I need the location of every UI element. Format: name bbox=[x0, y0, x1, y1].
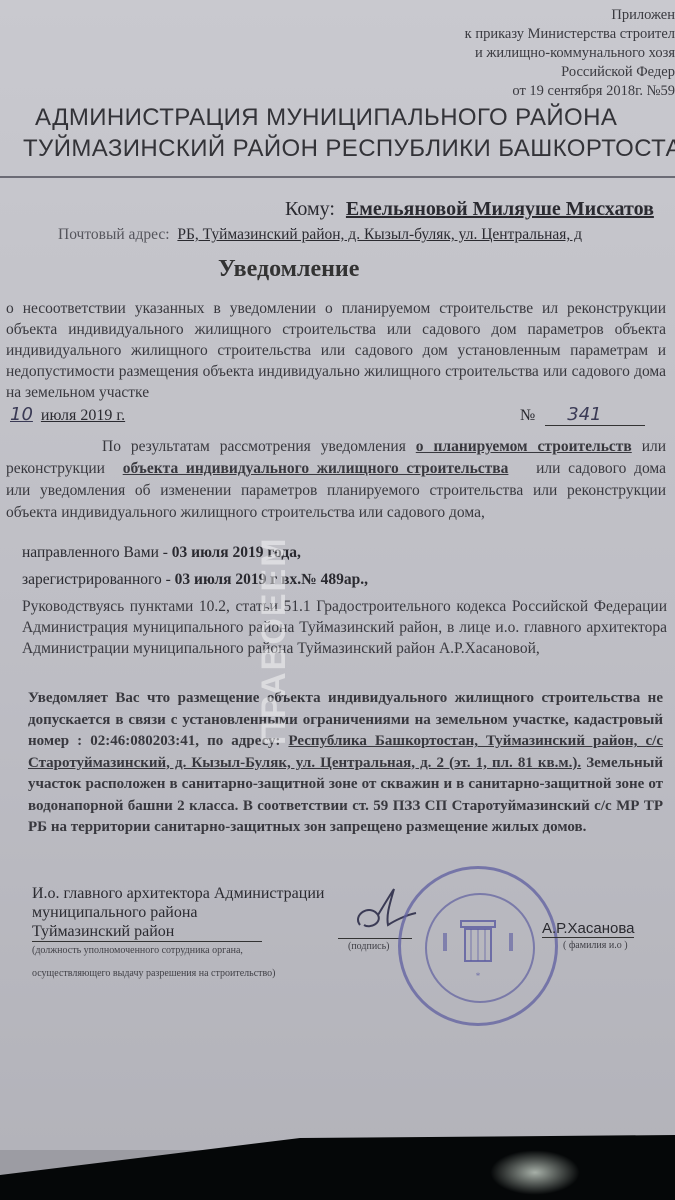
review-text: По результатам рассмотрения уведомления bbox=[102, 438, 406, 455]
number-label: № bbox=[520, 407, 535, 424]
appendix-reference: Приложен к приказу Министерства строител… bbox=[465, 6, 675, 101]
document-title: Уведомление bbox=[218, 256, 359, 283]
issuer-header: АДМИНИСТРАЦИЯ МУНИЦИПАЛЬНОГО РАЙОНА ТУЙМ… bbox=[35, 104, 675, 163]
recipient-name: Емельяновой Миляуше Мисхатов bbox=[346, 198, 654, 220]
position-caption-1: (должность уполномоченного сотрудника ор… bbox=[32, 944, 324, 958]
appendix-line: Приложен bbox=[465, 6, 675, 25]
review-object: объекта индивидуального жилищного строит… bbox=[113, 460, 529, 477]
legal-basis-paragraph: Руководствуясь пунктами 10.2, статьи 51.… bbox=[22, 596, 667, 659]
signatory-name: А.Р.Хасанова bbox=[542, 920, 634, 938]
position-line-2: муниципального района bbox=[32, 903, 324, 922]
registered-label: зарегистрированного - bbox=[22, 571, 171, 588]
review-paragraph: По результатам рассмотрения уведомления … bbox=[6, 436, 666, 524]
document-number: № 341 bbox=[520, 404, 645, 426]
appendix-line: Российской Федер bbox=[465, 63, 675, 82]
signatory-position: И.о. главного архитектора Администрации … bbox=[32, 884, 324, 983]
registered-line: зарегистрированного - 03 июля 2019 г вх.… bbox=[22, 571, 368, 589]
recipient-label: Кому: bbox=[285, 198, 335, 220]
decision-paragraph: Уведомляет Вас что размещение объекта ин… bbox=[28, 688, 663, 839]
issuer-line-2: ТУЙМАЗИНСКИЙ РАЙОН РЕСПУБЛИКИ БАШКОРТОСТ… bbox=[23, 135, 675, 163]
postal-address-line: Почтовый адрес: РБ, Туймазинский район, … bbox=[58, 226, 582, 244]
date-day: 10 bbox=[10, 404, 33, 425]
date-month-year: июля 2019 г. bbox=[41, 407, 125, 424]
appendix-line: и жилищно-коммунального хозя bbox=[465, 44, 675, 63]
appendix-line: от 19 сентября 2018г. №59 bbox=[465, 82, 675, 101]
postal-address-value: РБ, Туймазинский район, д. Кызыл-буляк, … bbox=[177, 226, 582, 243]
document-date: 10 июля 2019 г. bbox=[10, 404, 125, 425]
svg-text:*: * bbox=[476, 971, 481, 981]
sent-label: направленного Вами - bbox=[22, 544, 168, 561]
stamp-column-emblem-icon: * bbox=[401, 869, 555, 1023]
header-divider bbox=[0, 176, 675, 178]
review-type: о планируемом строительств bbox=[416, 438, 632, 455]
issuer-line-1: АДМИНИСТРАЦИЯ МУНИЦИПАЛЬНОГО РАЙОНА bbox=[35, 104, 675, 132]
position-line-3: Туймазинский район bbox=[32, 922, 262, 942]
position-caption-2: осуществляющего выдачу разрешения на стр… bbox=[32, 964, 324, 983]
position-line-1: И.о. главного архитектора Администрации bbox=[32, 884, 324, 903]
recipient-line: Кому: Емельяновой Миляуше Мисхатов bbox=[285, 198, 654, 221]
watermark: ПРАВОЕЕМ bbox=[255, 495, 310, 745]
postal-address-label: Почтовый адрес: bbox=[58, 226, 170, 243]
appendix-line: к приказу Министерства строител bbox=[465, 25, 675, 44]
number-value: 341 bbox=[545, 404, 645, 426]
signatory-name-caption: ( фамилия и.о ) bbox=[563, 940, 628, 951]
signature-caption: (подпись) bbox=[348, 941, 390, 952]
notice-subject: о несоответствии указанных в уведомлении… bbox=[6, 298, 666, 403]
official-stamp: * bbox=[398, 866, 558, 1026]
